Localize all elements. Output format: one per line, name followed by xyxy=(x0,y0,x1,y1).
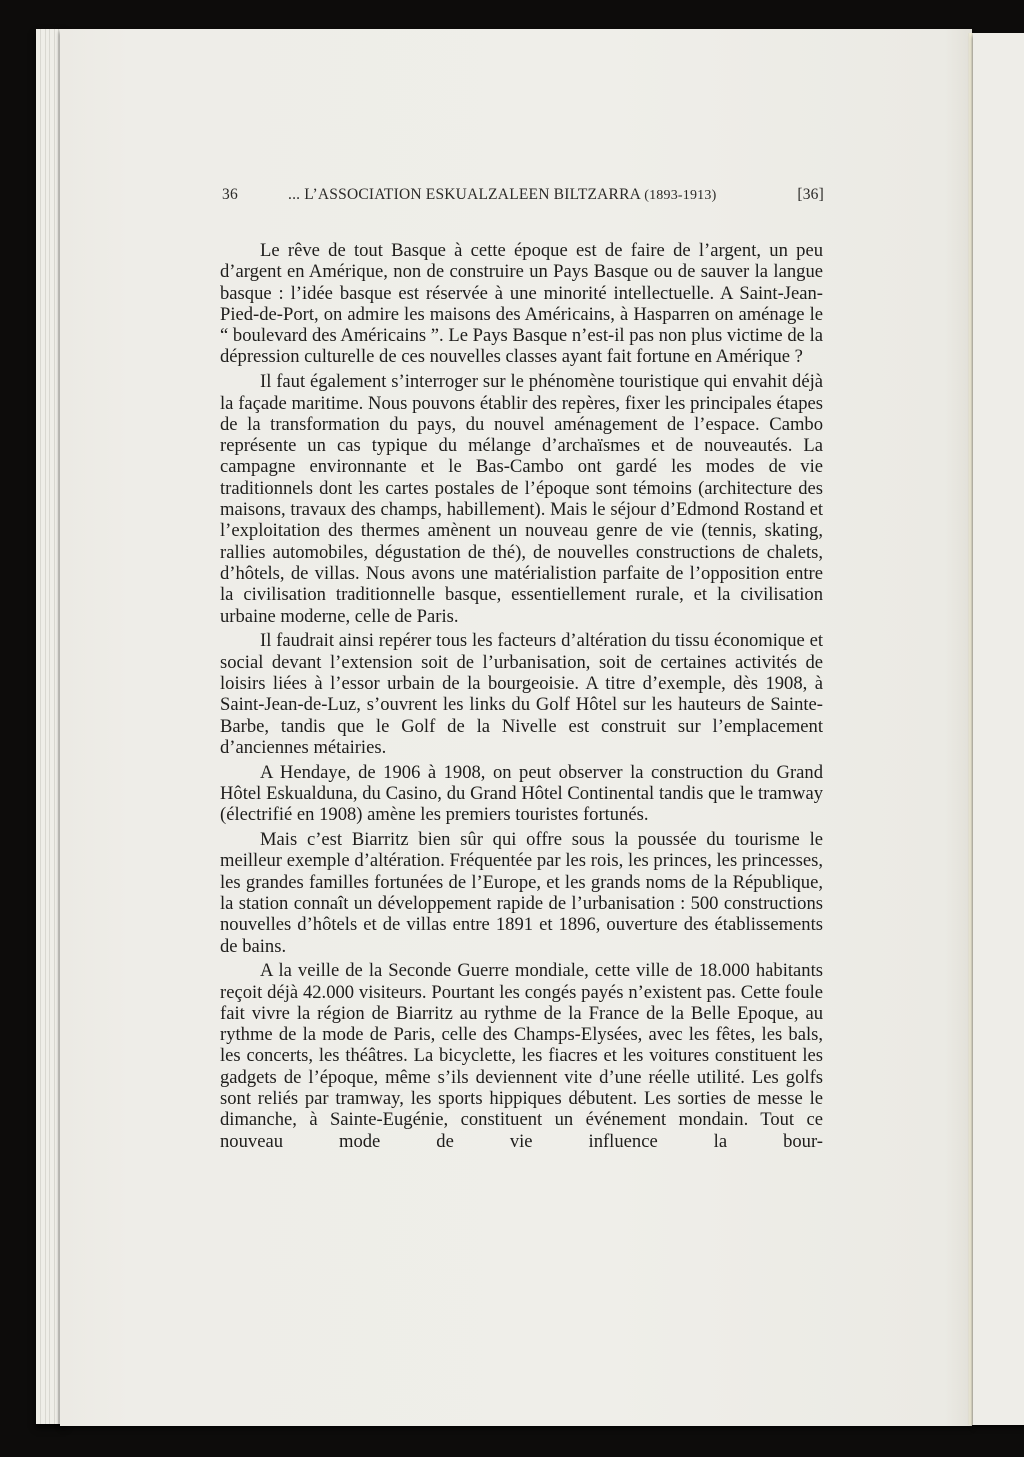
facing-page-edge xyxy=(973,33,1024,1425)
running-title-years: (1893-1913) xyxy=(644,188,716,203)
bracket-page-number: [36] xyxy=(797,186,824,204)
paragraph-3: Il faudrait ainsi repérer tous les facte… xyxy=(220,630,823,758)
paragraph-5: Mais c’est Biarritz bien sûr qui offre s… xyxy=(220,829,823,957)
running-title: ... L’ASSOCIATION ESKUALZALEEN BILTZARRA… xyxy=(288,186,716,204)
page-number: 36 xyxy=(222,186,238,204)
paragraph-6: A la veille de la Seconde Guerre mondial… xyxy=(220,960,823,1152)
running-title-text: ... L’ASSOCIATION ESKUALZALEEN BILTZARRA xyxy=(288,186,640,203)
body-text: Le rêve de tout Basque à cette époque es… xyxy=(220,240,823,1155)
paragraph-1: Le rêve de tout Basque à cette époque es… xyxy=(220,240,823,368)
paragraph-2: Il faut également s’interroger sur le ph… xyxy=(220,371,823,627)
running-head: 36 ... L’ASSOCIATION ESKUALZALEEN BILTZA… xyxy=(222,186,824,206)
paragraph-4: A Hendaye, de 1906 à 1908, on peut obser… xyxy=(220,762,823,826)
